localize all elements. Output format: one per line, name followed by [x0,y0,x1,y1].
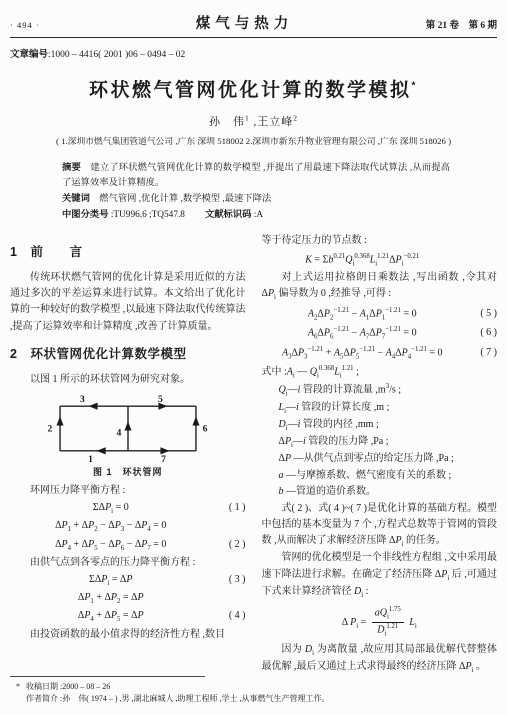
right-column: 等于待定压力的节点数 : K = Σb0.21Qi0.368Li1.21ΔPi−… [262,233,498,676]
equation-K: K = Σb0.21Qi0.368Li1.21ΔPi−0.21 [262,251,498,269]
section-2-number: 2 [10,344,17,365]
article-title: 环状燃气管网优化计算的数学模拟* [10,75,497,102]
equation-5: A2ΔP2−1.21 − A1ΔP1−1.21 = 0 ( 5 ) [262,305,498,323]
edge-label-7: 7 [161,454,166,464]
abstract-block: 摘要 建立了环状燃气管网优化计算的数学模型 ,并提出了用最速下降法取代试算法 ,… [62,160,450,223]
where-line: 式中 :Ai — Qi0.368Li1.21 ; [262,363,498,381]
figure-caption: 图 1 环状管网 [10,465,246,480]
equation-3: ΣΔPi = ΔP ( 3 ) [10,572,246,589]
affiliation-line: ( 1.深圳市燃气集团管道气公司 ,广东 深圳 518002 2.深圳市新东升物… [10,134,497,147]
edge-label-1: 1 [88,454,93,464]
author-bio-line: 作者简介 :孙 伟( 1974 – ) ,男 ,湖北麻城人 ,助理工程师 ,学士… [10,693,497,705]
clc-line: 中图分类号 :TU996.6 ;TQ547.8文献标识码 :A [62,207,450,223]
section-1-paragraph: 传统环状燃气管网的优化计算是采用近似的方法通过多次的平差运算来进行试算。本文给出… [10,270,246,336]
equation-4a: ΔP1 + ΔP2 = ΔP [10,590,246,607]
section-1-number: 1 [10,242,17,263]
equation-1-body: ΣΔPi = 0 [10,500,212,517]
equation-4a-body: ΔP1 + ΔP2 = ΔP [10,590,212,607]
equation-4b-number: ( 4 ) [212,608,246,624]
edge-label-5: 5 [158,394,163,405]
fraction-numerator: aQi1.75 [372,606,404,623]
doc-code-label: 文献标识码 [205,209,252,219]
definition-a: a —与摩擦系数、燃气密度有关的系数 ; [279,468,498,484]
equation-pipe-tail: Li [409,617,416,628]
keywords-label: 关键词 [62,193,90,203]
abstract-label: 摘要 [62,162,81,172]
clc-label: 中图分类号 [62,209,109,219]
definition-Qi: Qi—i 管段的计算流量 ,m3/s ; [279,381,498,399]
equation-pipe-fraction: aQi1.75 Di1.21 [372,606,404,639]
abstract-paragraph: 摘要 建立了环状燃气管网优化计算的数学模型 ,并提出了用最速下降法取代试算法 ,… [62,160,450,191]
network-diagram: 1 2 3 4 5 6 7 [42,393,214,464]
journal-page: · 494 · 煤气与热力 第 21 卷 第 6 期 文章编号:1000 – 4… [0,0,507,715]
discrete-variable-paragraph: 因为 Di 为离散量 ,故应用其局部最优解代替整体最优解 ,最后又通过上式求得最… [262,642,498,676]
equation-pipe-lhs: Δ Pi = [342,617,367,628]
title-footnote-mark: * [412,81,418,92]
footnote-mark: * [10,681,26,693]
section-2-intro: 以图 1 所示的环状管网为研究对象。 [10,372,246,388]
journal-name: 煤气与热力 [110,12,379,33]
optimization-model-paragraph: 管网的优化模型是一个非线性方程组 ,文中采用最速下降法进行求解。在确定了经济压降… [262,550,498,601]
definition-Li: Li—i 管段的计算长度 ,m ; [279,400,498,417]
arrow-up-edge2 [56,416,63,425]
equation-K-body: K = Σb0.21Qi0.368Li1.21ΔPi−0.21 [262,251,464,269]
clc-value: :TU996.6 ;TQ547.8 [111,210,185,220]
section-2-heading: 2 环状管网优化计算数学模型 [10,344,246,365]
figure-1: 1 2 3 4 5 6 7 图 1 环状管网 [10,393,246,480]
equation-6-number: ( 6 ) [463,325,497,341]
lagrange-paragraph: 对上式运用拉格朗日乘数法 ,写出函数 ,令其对 ΔPi 偏导数为 0 ,经推导 … [262,270,498,304]
header-divider [10,37,497,38]
equation-4b-body: ΔP4 + ΔP5 = ΔP [10,608,212,625]
two-column-body: 1 前 言 传统环状燃气管网的优化计算是采用近似的方法通过多次的平差运算来进行试… [10,233,497,676]
definition-b: b —管道的造价系数。 [279,484,498,500]
basis-equations-paragraph: 式( 2 )、式( 4 )~( 7 )是优化计算的基础方程。模型中包括的基本变量… [262,501,498,551]
equation-7-body: A3ΔP3−1.21 + A5ΔP5−1.21 − A4ΔP4−1.21 = 0 [262,344,464,362]
equation-1-number: ( 1 ) [212,500,246,516]
received-date-line: * 收稿日期 :2000 – 08 – 26 [10,681,497,693]
page-header: · 494 · 煤气与热力 第 21 卷 第 6 期 [10,12,497,33]
page-number: · 494 · [10,20,110,30]
section-2-title: 环状管网优化计算数学模型 [30,344,186,365]
section-1-heading: 1 前 言 [10,242,246,263]
equation-pipe-diameter: Δ Pi = aQi1.75 Di1.21 Li [262,606,498,639]
definition-Di: Di—i 管段的内径 ,mm ; [279,417,498,434]
equation-3-number: ( 3 ) [212,572,246,588]
equation-2b: ΔP4 + ΔP5 − ΔP6 − ΔP7 = 0 ( 2 ) [10,537,246,554]
footnote-indent [10,693,26,705]
article-title-text: 环状燃气管网优化计算的数学模拟 [89,80,412,101]
equation-7: A3ΔP3−1.21 + A5ΔP5−1.21 − A4ΔP4−1.21 = 0… [262,344,498,362]
fraction-denominator: Di1.21 [372,623,404,639]
equation-3-body: ΣΔPi = ΔP [10,572,212,589]
edge-label-2: 2 [47,424,52,435]
footnote-block: * 收稿日期 :2000 – 08 – 26 作者简介 :孙 伟( 1974 –… [10,676,497,706]
loop-equation-lead: 环网压力降平衡方程 : [10,483,246,499]
symbol-definitions: Qi—i 管段的计算流量 ,m3/s ; Li—i 管段的计算长度 ,m ; D… [279,381,498,500]
keywords-line: 关键词 燃气管网 ,优化计算 ,数学模型 ,最速下降法 [62,191,450,207]
equation-6-body: A6ΔP6−1.21 − A7ΔP7−1.21 = 0 [262,324,464,342]
edge-label-4: 4 [116,428,121,439]
article-id-value: :1000 – 4416( 2001 )06 – 0494 – 02 [48,50,185,60]
supply-equation-lead: 由供气点到各零点的压力降平衡方程 : [10,555,246,571]
equation-5-number: ( 5 ) [463,306,497,322]
keywords-text: 燃气管网 ,优化计算 ,数学模型 ,最速下降法 [99,194,271,204]
arrow-up-edge6 [192,416,199,425]
arrow-left-edge1 [96,447,105,454]
economic-equation-lead: 由投资函数的最小值求得的经济性方程 ,数目 [10,627,246,643]
edge-label-3: 3 [80,394,85,405]
doc-code-value: :A [254,210,263,220]
author-bio-text: 作者简介 :孙 伟( 1974 – ) ,男 ,湖北麻城人 ,助理工程师 ,学士… [26,693,330,705]
equation-1: ΣΔPi = 0 ( 1 ) [10,500,246,517]
received-date-text: 收稿日期 :2000 – 08 – 26 [26,681,110,693]
arrow-left-edge3 [88,403,97,410]
equation-4b: ΔP4 + ΔP5 = ΔP ( 4 ) [10,608,246,625]
article-id-label: 文章编号 [10,49,48,60]
equation-5-body: A2ΔP2−1.21 − A1ΔP1−1.21 = 0 [262,305,464,323]
continuation-line: 等于待定压力的节点数 : [262,233,498,249]
authors-line: 孙 伟1 ,王立峰2 [10,113,497,129]
left-column: 1 前 言 传统环状燃气管网的优化计算是采用近似的方法通过多次的平差运算来进行试… [10,233,246,676]
footnote-divider [10,676,205,677]
equation-7-number: ( 7 ) [463,345,497,361]
abstract-text: 建立了环状燃气管网优化计算的数学模型 ,并提出了用最速下降法取代试算法 ,从而提… [62,163,450,188]
edge-label-6: 6 [202,424,207,435]
equation-6: A6ΔP6−1.21 − A7ΔP7−1.21 = 0 ( 6 ) [262,324,498,342]
arrow-up-edge4 [124,422,131,431]
volume-issue: 第 21 卷 第 6 期 [379,17,497,31]
equation-2b-number: ( 2 ) [212,537,246,553]
equation-2b-body: ΔP4 + ΔP5 − ΔP6 − ΔP7 = 0 [10,537,212,554]
equation-2a-body: ΔP1 + ΔP2 − ΔP3 − ΔP4 = 0 [10,518,212,535]
article-id-line: 文章编号:1000 – 4416( 2001 )06 – 0494 – 02 [10,46,497,60]
definition-dPi: ΔPi—i 管段的压力降 ,Pa ; [279,434,498,451]
section-1-title: 前 言 [30,242,82,263]
definition-dP: ΔP —从供气点到零点的给定压力降 ,Pa ; [279,451,498,467]
equation-2a: ΔP1 + ΔP2 − ΔP3 − ΔP4 = 0 [10,518,246,535]
